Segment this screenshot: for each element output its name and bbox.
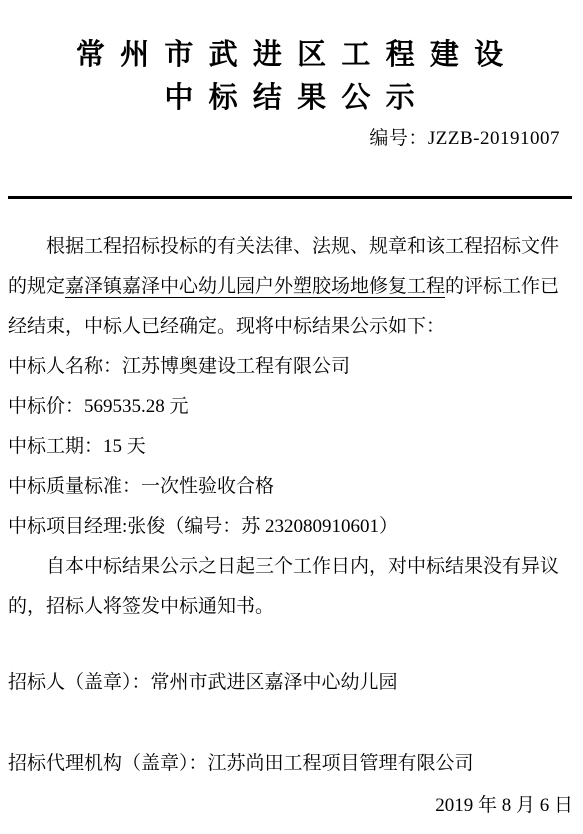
tenderer-seal-line: 招标人（盖章）：常州市武进区嘉泽中心幼儿园: [8, 663, 573, 703]
document-title: 常 州 市 武 进 区 工 程 建 设 中 标 结 果 公 示: [0, 34, 583, 120]
date-line: 2019 年 8 月 6 日: [8, 786, 573, 826]
document-page: 常 州 市 武 进 区 工 程 建 设 中 标 结 果 公 示 编号：JZZB-…: [0, 0, 583, 834]
result-item-winner-name: 中标人名称：江苏博奥建设工程有限公司: [8, 347, 573, 387]
result-item-project-manager: 中标项目经理:张俊（编号：苏 232080910601）: [8, 507, 573, 547]
notice-paragraph: 自本中标结果公示之日起三个工作日内，对中标结果没有异议的，招标人将签发中标通知书…: [8, 547, 573, 627]
project-name-underlined: 嘉泽镇嘉泽中心幼儿园户外塑胶场地修复工程: [65, 276, 445, 297]
document-number: 编号：JZZB-20191007: [0, 126, 583, 152]
intro-paragraph: 根据工程招标投标的有关法律、法规、规章和该工程招标文件的规定嘉泽镇嘉泽中心幼儿园…: [8, 227, 573, 347]
result-item-duration: 中标工期：15 天: [8, 427, 573, 467]
header-divider: [8, 196, 572, 199]
result-item-quality-standard: 中标质量标准：一次性验收合格: [8, 467, 573, 507]
document-body: 根据工程招标投标的有关法律、法规、规章和该工程招标文件的规定嘉泽镇嘉泽中心幼儿园…: [8, 227, 573, 826]
title-line-1: 常 州 市 武 进 区 工 程 建 设: [0, 34, 583, 77]
title-line-2: 中 标 结 果 公 示: [0, 77, 583, 120]
agency-seal-line: 招标代理机构（盖章）：江苏尚田工程项目管理有限公司: [8, 744, 573, 784]
result-item-bid-price: 中标价：569535.28 元: [8, 387, 573, 427]
